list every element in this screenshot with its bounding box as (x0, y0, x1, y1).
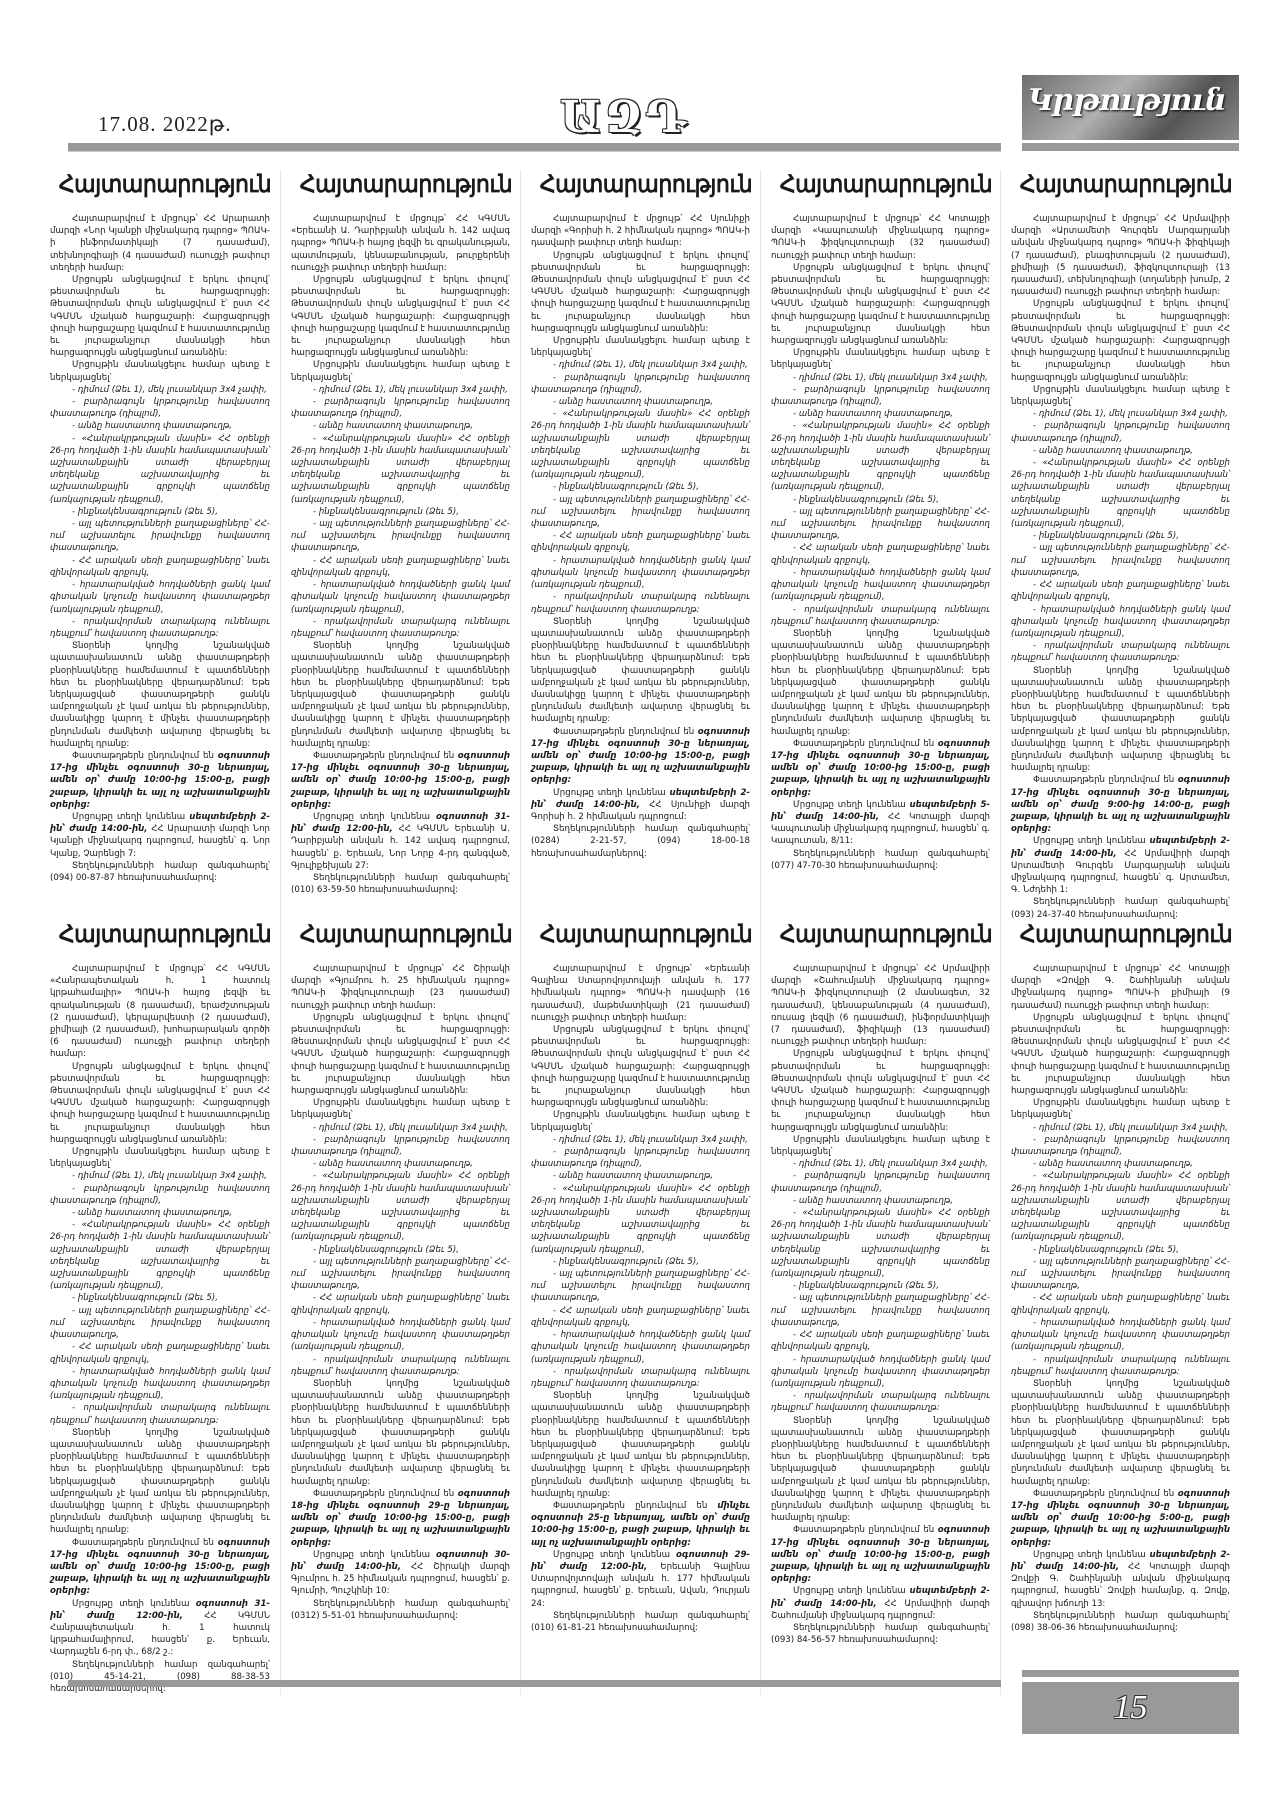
contact: Տեղեկությունների համար զանգահարել՝ (077)… (771, 848, 990, 872)
requirement-item: - հրատարակված հոդվածների ցանկ կամ գիտակա… (291, 1317, 510, 1354)
requirement-item: - անձը հաստատող փաստաթուղթ, (531, 1170, 750, 1182)
documents-prefix: Փաստաթղթերն ընդունվում են (793, 739, 938, 749)
requirement-item: - բարձրագույն կրթությունը հավաստող փաստա… (531, 1146, 750, 1170)
requirement-item: - անձը հաստատող փաստաթուղթ, (1011, 445, 1230, 457)
requirement-item: - անձը հաստատող փաստաթուղթ, (291, 420, 510, 432)
venue-prefix: Մրցույթը տեղի կունենա (313, 1550, 436, 1560)
requirement-item: - բարձրագույն կրթությունը հավաստող փաստա… (291, 1134, 510, 1158)
newspaper-logo: ԱԶԴ (560, 92, 690, 143)
announcement: Հայտարարություն Հայտարարվում է մրցույթ՝ … (280, 170, 520, 921)
requirement-item: - ՀՀ արական սեռի քաղաքացիները՝ նաեւ զինվ… (1011, 579, 1230, 603)
venue-prefix: Մրցույթը տեղի կունենա (1033, 836, 1149, 846)
documents-period: Փաստաթղթերն ընդունվում են օգոստոսի 18-ից… (291, 1488, 510, 1549)
announcement: Հայտարարություն Հայտարարվում է մրցույթ՝ … (520, 920, 760, 1695)
requirement-item: - ինքնակենսագրություն (Ձեւ 5), (531, 481, 750, 493)
requirement-item: - ինքնակենսագրություն (Ձեւ 5), (291, 1244, 510, 1256)
announcement-stages: Մրցույթն անցկացվում է երկու փուլով՝ թեստ… (50, 1061, 270, 1146)
contact-prefix: Տեղեկությունների համար զանգահարել՝ (793, 1623, 990, 1633)
requirement-item: - այլ պետությունների քաղաքացիները՝ ՀՀ-ու… (291, 1256, 510, 1293)
requirements-list: - դիմում (Ձեւ 1), մեկ լուսանկար 3x4 չափի… (531, 359, 750, 615)
venue: Մրցույթը տեղի կունենա օգոստոսի 31-ին՝ ժա… (50, 1598, 270, 1659)
requirement-item: - դիմում (Ձեւ 1), մեկ լուսանկար 3x4 չափի… (1011, 408, 1230, 420)
requirement-item: - «Հանրակրթության մասին» ՀՀ օրենքի 26-րդ… (531, 408, 750, 481)
venue: Մրցույթը տեղի կունենա սեպտեմբերի 2-ին՝ ժ… (1011, 1549, 1230, 1610)
contact-phone: (098) 38-06-36 հեռախոսահամարով: (1011, 1623, 1178, 1633)
contact-prefix: Տեղեկությունների համար զանգահարել՝ (313, 1599, 510, 1609)
requirement-item: - դիմում (Ձեւ 1), մեկ լուսանկար 3x4 չափի… (291, 1122, 510, 1134)
section-title: Կրթություն (1028, 83, 1226, 118)
documents-prefix: Փաստաթղթերն ընդունվում են (313, 751, 458, 761)
venue-prefix: Մրցույթը տեղի կունենա (1033, 1550, 1149, 1560)
contact: Տեղեկությունների համար զանգահարել՝ (010)… (291, 872, 510, 896)
venue: Մրցույթը տեղի կունենա սեպտեմբերի 2-ին՝ ժ… (50, 811, 270, 860)
announcement-intro: Հայտարարվում է մրցույթ՝ ՀՀ Արարատի մարզի… (50, 213, 270, 274)
requirement-item: - ինքնակենսագրություն (Ձեւ 5), (50, 1292, 270, 1304)
announcement-title: Հայտարարություն (300, 170, 501, 199)
contact-phone: (094) 00-87-87 հեռախոսահամարով: (50, 873, 217, 883)
requirement-item: - ինքնակենսագրություն (Ձեւ 5), (531, 1256, 750, 1268)
announcement: Հայտարարություն Հայտարարվում է մրցույթ՝ … (760, 920, 1000, 1695)
venue-prefix: Մրցույթը տեղի կունենա (313, 812, 436, 822)
requirements-intro: Մրցույթին մասնակցելու համար պետք է ներկա… (50, 359, 270, 383)
requirements-list: - դիմում (Ձեւ 1), մեկ լուսանկար 3x4 չափի… (1011, 408, 1230, 664)
verification-text: Տնօրենի կողմից նշանակված պատասխանատուն ա… (1011, 1378, 1230, 1488)
contact: Տեղեկությունների համար զանգահարել՝ (093)… (771, 1622, 990, 1646)
requirement-item: - ՀՀ արական սեռի քաղաքացիները՝ նաեւ զինվ… (291, 555, 510, 579)
contact-phone: (093) 84-56-57 հեռախոսահամարով: (771, 1635, 938, 1645)
verification-text: Տնօրենի կողմից նշանակված պատասխանատուն ա… (291, 640, 510, 750)
requirement-item: - «Հանրակրթության մասին» ՀՀ օրենքի 26-րդ… (771, 420, 990, 493)
documents-prefix: Փաստաթղթերն ընդունվում են (72, 1538, 218, 1548)
requirement-item: - այլ պետությունների քաղաքացիները՝ ՀՀ-ու… (531, 1268, 750, 1305)
announcement: Հայտարարություն Հայտարարվում է մրցույթ՝ … (40, 170, 280, 921)
requirement-item: - այլ պետությունների քաղաքացիները՝ ՀՀ-ու… (50, 518, 270, 555)
requirement-item: - բարձրագույն կրթությունը հավաստող փաստա… (771, 384, 990, 408)
requirement-item: - հրատարակված հոդվածների ցանկ կամ գիտակա… (1011, 604, 1230, 641)
contact-prefix: Տեղեկությունների համար զանգահարել՝ (1033, 897, 1230, 907)
announcement-stages: Մրցույթն անցկացվում է երկու փուլով՝ թեստ… (531, 1024, 750, 1109)
footer-rule (68, 1680, 1001, 1687)
requirement-item: - ինքնակենսագրություն (Ձեւ 5), (50, 506, 270, 518)
documents-period: Փաստաթղթերն ընդունվում են օգոստոսի 17-ից… (1011, 1488, 1230, 1549)
announcement: Հայտարարություն Հայտարարվում է մրցույթ՝ … (1000, 170, 1240, 921)
requirement-item: - ՀՀ արական սեռի քաղաքացիները՝ նաեւ զինվ… (531, 1305, 750, 1329)
requirement-item: - հրատարակված հոդվածների ցանկ կամ գիտակա… (531, 1329, 750, 1366)
footer-rule-right (1022, 1670, 1239, 1677)
requirement-item: - բարձրագույն կրթությունը հավաստող փաստա… (50, 396, 270, 420)
requirement-item: - հրատարակված հոդվածների ցանկ կամ գիտակա… (50, 1366, 270, 1403)
announcement: Հայտարարություն Հայտարարվում է մրցույթ՝ … (280, 920, 520, 1695)
requirement-item: - «Հանրակրթության մասին» ՀՀ օրենքի 26-րդ… (1011, 1170, 1230, 1243)
requirement-item: - հրատարակված հոդվածների ցանկ կամ գիտակա… (1011, 1317, 1230, 1354)
requirement-item: - բարձրագույն կրթությունը հավաստող փաստա… (1011, 1134, 1230, 1158)
documents-period: Փաստաթղթերն ընդունվում են օգոստոսի 17-ից… (1011, 774, 1230, 835)
announcement-stages: Մրցույթն անցկացվում է երկու փուլով՝ թեստ… (531, 250, 750, 335)
requirement-item: - ՀՀ արական սեռի քաղաքացիները՝ նաեւ զինվ… (771, 542, 990, 566)
requirement-item: - «Հանրակրթության մասին» ՀՀ օրենքի 26-րդ… (1011, 457, 1230, 530)
requirements-list: - դիմում (Ձեւ 1), մեկ լուսանկար 3x4 չափի… (771, 372, 990, 628)
requirements-list: - դիմում (Ձեւ 1), մեկ լուսանկար 3x4 չափի… (291, 1122, 510, 1378)
requirement-item: - դիմում (Ձեւ 1), մեկ լուսանկար 3x4 չափի… (771, 1158, 990, 1170)
requirement-item: - որակավորման տարակարգ ունենալու դեպքում… (1011, 1354, 1230, 1378)
venue: Մրցույթը տեղի կունենա օգոստոսի 30-ին՝ ժա… (291, 1549, 510, 1598)
requirement-item: - որակավորման տարակարգ ունենալու դեպքում… (531, 591, 750, 615)
requirements-list: - դիմում (Ձեւ 1), մեկ լուսանկար 3x4 չափի… (1011, 1122, 1230, 1378)
requirement-item: - այլ պետությունների քաղաքացիները՝ ՀՀ-ու… (771, 506, 990, 543)
contact-phone: (010) 61-81-21 հեռախոսահամարով: (531, 1623, 698, 1633)
page-number-box: 15 (1022, 1682, 1239, 1734)
requirement-item: - բարձրագույն կրթությունը հավաստող փաստա… (531, 372, 750, 396)
announcement-title: Հայտարարություն (1020, 170, 1221, 199)
requirements-list: - դիմում (Ձեւ 1), մեկ լուսանկար 3x4 չափի… (50, 384, 270, 640)
requirement-item: - բարձրագույն կրթությունը հավաստող փաստա… (771, 1170, 990, 1194)
announcement-stages: Մրցույթն անցկացվում է երկու փուլով՝ թեստ… (1011, 298, 1230, 383)
requirement-item: - հրատարակված հոդվածների ցանկ կամ գիտակա… (50, 579, 270, 616)
verification-text: Տնօրենի կողմից նշանակված պատասխանատուն ա… (291, 1378, 510, 1488)
requirement-item: - անձը հաստատող փաստաթուղթ, (531, 396, 750, 408)
requirement-item: - ՀՀ արական սեռի քաղաքացիները՝ նաեւ զինվ… (50, 555, 270, 579)
verification-text: Տնօրենի կողմից նշանակված պատասխանատուն ա… (50, 640, 270, 750)
contact: Տեղեկությունների համար զանգահարել՝ (098)… (1011, 1610, 1230, 1634)
requirements-intro: Մրցույթին մասնակցելու համար պետք է ներկա… (771, 347, 990, 371)
announcement-intro: Հայտարարվում է մրցույթ՝ ՀՀ Շիրակի մարզի … (291, 963, 510, 1012)
announcement-title: Հայտարարություն (780, 170, 981, 199)
announcement-intro: Հայտարարվում է մրցույթ՝ ՀՀ Կոտայքի մարզի… (771, 213, 990, 262)
requirement-item: - ինքնակենսագրություն (Ձեւ 5), (771, 1280, 990, 1292)
requirement-item: - այլ պետությունների քաղաքացիները՝ ՀՀ-ու… (1011, 542, 1230, 579)
requirements-intro: Մրցույթին մասնակցելու համար պետք է ներկա… (50, 1146, 270, 1170)
contact: Տեղեկությունների համար զանգահարել՝ (010)… (50, 1659, 270, 1696)
verification-text: Տնօրենի կողմից նշանակված պատասխանատուն ա… (50, 1427, 270, 1537)
verification-text: Տնօրենի կողմից նշանակված պատասխանատուն ա… (771, 1415, 990, 1525)
requirement-item: - բարձրագույն կրթությունը հավաստող փաստա… (291, 396, 510, 420)
announcement: Հայտարարություն Հայտարարվում է մրցույթ՝ … (1000, 920, 1240, 1695)
venue-prefix: Մրցույթը տեղի կունենա (553, 788, 669, 798)
requirement-item: - դիմում (Ձեւ 1), մեկ լուսանկար 3x4 չափի… (50, 384, 270, 396)
header-rule (68, 143, 1001, 152)
requirement-item: - անձը հաստատող փաստաթուղթ, (50, 420, 270, 432)
requirement-item: - դիմում (Ձեւ 1), մեկ լուսանկար 3x4 չափի… (291, 384, 510, 396)
requirement-item: - դիմում (Ձեւ 1), մեկ լուսանկար 3x4 չափի… (531, 359, 750, 371)
verification-text: Տնօրենի կողմից նշանակված պատասխանատուն ա… (531, 1390, 750, 1500)
documents-prefix: Փաստաթղթերն ընդունվում են (793, 1525, 938, 1535)
announcement: Հայտարարություն Հայտարարվում է մրցույթ՝ … (40, 920, 280, 1695)
requirements-intro: Մրցույթին մասնակցելու համար պետք է ներկա… (1011, 384, 1230, 408)
venue: Մրցույթը տեղի կունենա օգոստոսի 31-ին՝ ժա… (291, 811, 510, 872)
venue-prefix: Մրցույթը տեղի կունենա (793, 1586, 909, 1596)
documents-prefix: Փաստաթղթերն ընդունվում են (1033, 775, 1178, 785)
announcement-intro: Հայտարարվում է մրցույթ՝ ՀՀ Արմավիրի մարզ… (771, 963, 990, 1048)
contact: Տեղեկությունների համար զանգահարել՝ (094)… (50, 860, 270, 884)
requirement-item: - որակավորման տարակարգ ունենալու դեպքում… (50, 1402, 270, 1426)
documents-period: Փաստաթղթերն ընդունվում են օգոստոսի 17-ից… (771, 1524, 990, 1585)
contact-prefix: Տեղեկությունների համար զանգահարել՝ (313, 873, 510, 883)
page-number: 15 (1114, 1689, 1148, 1727)
venue: Մրցույթը տեղի կունենա սեպտեմբերի 2-ին՝ ժ… (531, 787, 750, 824)
requirement-item: - անձը հաստատող փաստաթուղթ, (771, 408, 990, 420)
contact-phone: (0284) 2-21-57, (094) 18-00-18 հեռախոսահ… (531, 836, 750, 858)
requirements-list: - դիմում (Ձեւ 1), մեկ լուսանկար 3x4 չափի… (291, 384, 510, 640)
requirements-intro: Մրցույթին մասնակցելու համար պետք է ներկա… (1011, 1097, 1230, 1121)
announcement-title: Հայտարարություն (59, 920, 261, 949)
requirement-item: - «Հանրակրթության մասին» ՀՀ օրենքի 26-րդ… (291, 433, 510, 506)
requirement-item: - դիմում (Ձեւ 1), մեկ լուսանկար 3x4 չափի… (50, 1170, 270, 1182)
requirement-item: - ինքնակենսագրություն (Ձեւ 5), (1011, 1244, 1230, 1256)
contact: Տեղեկությունների համար զանգահարել՝ (093)… (1011, 896, 1230, 920)
contact-prefix: Տեղեկությունների համար զանգահարել՝ (793, 849, 990, 859)
documents-prefix: Փաստաթղթերն ընդունվում են (553, 727, 698, 737)
requirement-item: - այլ պետությունների քաղաքացիները՝ ՀՀ-ու… (771, 1292, 990, 1329)
announcement-title: Հայտարարություն (540, 170, 741, 199)
venue: Մրցույթը տեղի կունենա օգոստոսի 29-ին՝ ժա… (531, 1549, 750, 1610)
requirement-item: - ՀՀ արական սեռի քաղաքացիները՝ նաեւ զինվ… (50, 1341, 270, 1365)
announcement-stages: Մրցույթն անցկացվում է երկու փուլով՝ թեստ… (291, 274, 510, 359)
requirements-intro: Մրցույթին մասնակցելու համար պետք է ներկա… (291, 359, 510, 383)
announcement-title: Հայտարարություն (780, 920, 981, 949)
contact-phone: (0312) 5-51-01 հեռախոսահամարով: (291, 1611, 458, 1621)
requirement-item: - «Հանրակրթության մասին» ՀՀ օրենքի 26-րդ… (291, 1170, 510, 1243)
requirement-item: - հրատարակված հոդվածների ցանկ կամ գիտակա… (771, 567, 990, 604)
documents-prefix: Փաստաթղթերն ընդունվում են (72, 751, 218, 761)
announcement: Հայտարարություն Հայտարարվում է մրցույթ՝ … (520, 170, 760, 921)
announcement-stages: Մրցույթն անցկացվում է երկու փուլով՝ թեստ… (50, 274, 270, 359)
requirements-list: - դիմում (Ձեւ 1), մեկ լուսանկար 3x4 չափի… (771, 1158, 990, 1414)
announcement-stages: Մրցույթն անցկացվում է երկու փուլով՝ թեստ… (1011, 1012, 1230, 1097)
requirement-item: - անձը հաստատող փաստաթուղթ, (1011, 1158, 1230, 1170)
verification-text: Տնօրենի կողմից նշանակված պատասխանատուն ա… (771, 628, 990, 738)
announcement-intro: Հայտարարվում է մրցույթ՝ ՀՀ Արմավիրի մարզ… (1011, 213, 1230, 298)
announcement-intro: Հայտարարվում է մրցույթ՝ ՀՀ Սյունիքի մարզ… (531, 213, 750, 250)
documents-prefix: Փաստաթղթերն ընդունվում են (553, 1501, 717, 1511)
requirements-intro: Մրցույթին մասնակցելու համար պետք է ներկա… (531, 1109, 750, 1133)
requirement-item: - որակավորման տարակարգ ունենալու դեպքում… (50, 616, 270, 640)
announcement-title: Հայտարարություն (540, 920, 741, 949)
documents-prefix: Փաստաթղթերն ընդունվում են (313, 1489, 458, 1499)
announcement-intro: Հայտարարվում է մրցույթ՝ ՀՀ ԿԳՄՍՆ «Հանրապ… (50, 963, 270, 1061)
requirement-item: - դիմում (Ձեւ 1), մեկ լուսանկար 3x4 չափի… (1011, 1122, 1230, 1134)
contact-phone: (093) 24-37-40 հեռախոսահամարով: (1011, 910, 1178, 920)
requirement-item: - որակավորման տարակարգ ունենալու դեպքում… (291, 616, 510, 640)
documents-period: Փաստաթղթերն ընդունվում են օգոստոսի 17-ից… (50, 750, 270, 811)
announcement-stages: Մրցույթն անցկացվում է երկու փուլով՝ թեստ… (771, 1048, 990, 1133)
requirements-list: - դիմում (Ձեւ 1), մեկ լուսանկար 3x4 չափի… (50, 1170, 270, 1426)
announcement-intro: Հայտարարվում է մրցույթ՝ «Երեւանի Գալինա … (531, 963, 750, 1024)
requirement-item: - որակավորման տարակարգ ունենալու դեպքում… (771, 1390, 990, 1414)
requirement-item: - ինքնակենսագրություն (Ձեւ 5), (771, 494, 990, 506)
contact-prefix: Տեղեկությունների համար զանգահարել՝ (553, 1611, 750, 1621)
venue: Մրցույթը տեղի կունենա սեպտեմբերի 5-ին՝ ժ… (771, 799, 990, 848)
requirements-list: - դիմում (Ձեւ 1), մեկ լուսանկար 3x4 չափի… (531, 1134, 750, 1390)
requirements-intro: Մրցույթին մասնակցելու համար պետք է ներկա… (531, 335, 750, 359)
requirement-item: - ինքնակենսագրություն (Ձեւ 5), (291, 506, 510, 518)
contact-prefix: Տեղեկությունների համար զանգահարել՝ (72, 1660, 270, 1670)
venue-prefix: Մրցույթը տեղի կունենա (72, 1599, 196, 1609)
documents-period: Փաստաթղթերն ընդունվում են օգոստոսի 17-ից… (531, 726, 750, 787)
verification-text: Տնօրենի կողմից նշանակված պատասխանատուն ա… (531, 616, 750, 726)
requirement-item: - «Հանրակրթության մասին» ՀՀ օրենքի 26-րդ… (771, 1207, 990, 1280)
requirement-item: - ՀՀ արական սեռի քաղաքացիները՝ նաեւ զինվ… (531, 530, 750, 554)
announcement-stages: Մրցույթն անցկացվում է երկու փուլով՝ թեստ… (291, 1012, 510, 1097)
contact-prefix: Տեղեկությունների համար զանգահարել՝ (1033, 1611, 1230, 1621)
contact: Տեղեկությունների համար զանգահարել՝ (010)… (531, 1610, 750, 1634)
requirement-item: - ՀՀ արական սեռի քաղաքացիները՝ նաեւ զինվ… (291, 1292, 510, 1316)
requirement-item: - անձը հաստատող փաստաթուղթ, (50, 1207, 270, 1219)
verification-text: Տնօրենի կողմից նշանակված պատասխանատուն ա… (1011, 665, 1230, 775)
requirements-intro: Մրցույթին մասնակցելու համար պետք է ներկա… (291, 1097, 510, 1121)
requirement-item: - որակավորման տարակարգ ունենալու դեպքում… (531, 1366, 750, 1390)
announcement-row-2: Հայտարարություն Հայտարարվում է մրցույթ՝ … (40, 920, 1240, 1695)
requirement-item: - «Հանրակրթության մասին» ՀՀ օրենքի 26-րդ… (531, 1183, 750, 1256)
documents-period: Փաստաթղթերն ընդունվում են օգոստոսի 17-ից… (291, 750, 510, 811)
venue-prefix: Մրցույթը տեղի կունենա (72, 812, 189, 822)
contact-prefix: Տեղեկությունների համար զանգահարել՝ (553, 824, 750, 834)
requirement-item: - այլ պետությունների քաղաքացիները՝ ՀՀ-ու… (50, 1305, 270, 1342)
venue: Մրցույթը տեղի կունենա սեպտեմբերի 2-ին՝ ժ… (771, 1585, 990, 1622)
masthead: 17.08. 2022թ. ԱԶԴ Կրթություն (0, 0, 1273, 160)
announcement-title: Հայտարարություն (1020, 920, 1221, 949)
requirement-item: - բարձրագույն կրթությունը հավաստող փաստա… (1011, 420, 1230, 444)
contact-phone: (010) 63-59-50 հեռախոսահամարով: (291, 885, 458, 895)
announcement-stages: Մրցույթն անցկացվում է երկու փուլով՝ թեստ… (771, 262, 990, 347)
requirement-item: - «Հանրակրթության մասին» ՀՀ օրենքի 26-րդ… (50, 1219, 270, 1292)
venue: Մրցույթը տեղի կունենա սեպտեմբերի 2-ին՝ ժ… (1011, 835, 1230, 896)
requirement-item: - դիմում (Ձեւ 1), մեկ լուսանկար 3x4 չափի… (531, 1134, 750, 1146)
requirement-item: - ՀՀ արական սեռի քաղաքացիները՝ նաեւ զինվ… (1011, 1292, 1230, 1316)
requirement-item: - ՀՀ արական սեռի քաղաքացիները՝ նաեւ զինվ… (771, 1329, 990, 1353)
section-badge: Կրթություն (1022, 75, 1239, 140)
requirement-item: - որակավորման տարակարգ ունենալու դեպքում… (1011, 640, 1230, 664)
requirements-intro: Մրցույթին մասնակցելու համար պետք է ներկա… (771, 1134, 990, 1158)
announcement-row-1: Հայտարարություն Հայտարարվում է մրցույթ՝ … (40, 170, 1240, 921)
announcement-title: Հայտարարություն (300, 920, 501, 949)
header-rule-right (1022, 143, 1239, 151)
requirement-item: - հրատարակված հոդվածների ցանկ կամ գիտակա… (531, 555, 750, 592)
documents-period: Փաստաթղթերն ընդունվում են մինչեւ օգոստոս… (531, 1500, 750, 1549)
requirement-item: - որակավորման տարակարգ ունենալու դեպքում… (771, 604, 990, 628)
requirement-item: - որակավորման տարակարգ ունենալու դեպքում… (291, 1354, 510, 1378)
announcement-intro: Հայտարարվում է մրցույթ՝ ՀՀ Կոտայքի մարզի… (1011, 963, 1230, 1012)
contact: Տեղեկությունների համար զանգահարել՝ (0312… (291, 1598, 510, 1622)
requirement-item: - անձը հաստատող փաստաթուղթ, (771, 1195, 990, 1207)
contact-prefix: Տեղեկությունների համար զանգահարել՝ (72, 861, 270, 871)
requirement-item: - անձը հաստատող փաստաթուղթ, (291, 1158, 510, 1170)
announcement: Հայտարարություն Հայտարարվում է մրցույթ՝ … (760, 170, 1000, 921)
requirement-item: - այլ պետությունների քաղաքացիները՝ ՀՀ-ու… (1011, 1256, 1230, 1293)
announcement-intro: Հայտարարվում է մրցույթ՝ ՀՀ ԿԳՄՍՆ «Երեւան… (291, 213, 510, 274)
requirement-item: - դիմում (Ձեւ 1), մեկ լուսանկար 3x4 չափի… (771, 372, 990, 384)
documents-period: Փաստաթղթերն ընդունվում են օգոստոսի 17-ից… (50, 1537, 270, 1598)
announcement-title: Հայտարարություն (59, 170, 261, 199)
venue-prefix: Մրցույթը տեղի կունենա (553, 1550, 676, 1560)
requirement-item: - հրատարակված հոդվածների ցանկ կամ գիտակա… (291, 579, 510, 616)
requirement-item: - «Հանրակրթության մասին» ՀՀ օրենքի 26-րդ… (50, 433, 270, 506)
requirement-item: - ինքնակենսագրություն (Ձեւ 5), (1011, 530, 1230, 542)
issue-date: 17.08. 2022թ. (98, 112, 232, 137)
requirement-item: - հրատարակված հոդվածների ցանկ կամ գիտակա… (771, 1354, 990, 1391)
requirement-item: - այլ պետությունների քաղաքացիները՝ ՀՀ-ու… (291, 518, 510, 555)
documents-prefix: Փաստաթղթերն ընդունվում են (1033, 1489, 1178, 1499)
contact-phone: (077) 47-70-30 հեռախոսահամարով: (771, 861, 938, 871)
venue-prefix: Մրցույթը տեղի կունենա (793, 800, 909, 810)
documents-period: Փաստաթղթերն ընդունվում են օգոստոսի 17-ից… (771, 738, 990, 799)
requirement-item: - բարձրագույն կրթությունը հավաստող փաստա… (50, 1183, 270, 1207)
contact: Տեղեկությունների համար զանգահարել՝ (0284… (531, 823, 750, 860)
requirement-item: - այլ պետությունների քաղաքացիները՝ ՀՀ-ու… (531, 494, 750, 531)
